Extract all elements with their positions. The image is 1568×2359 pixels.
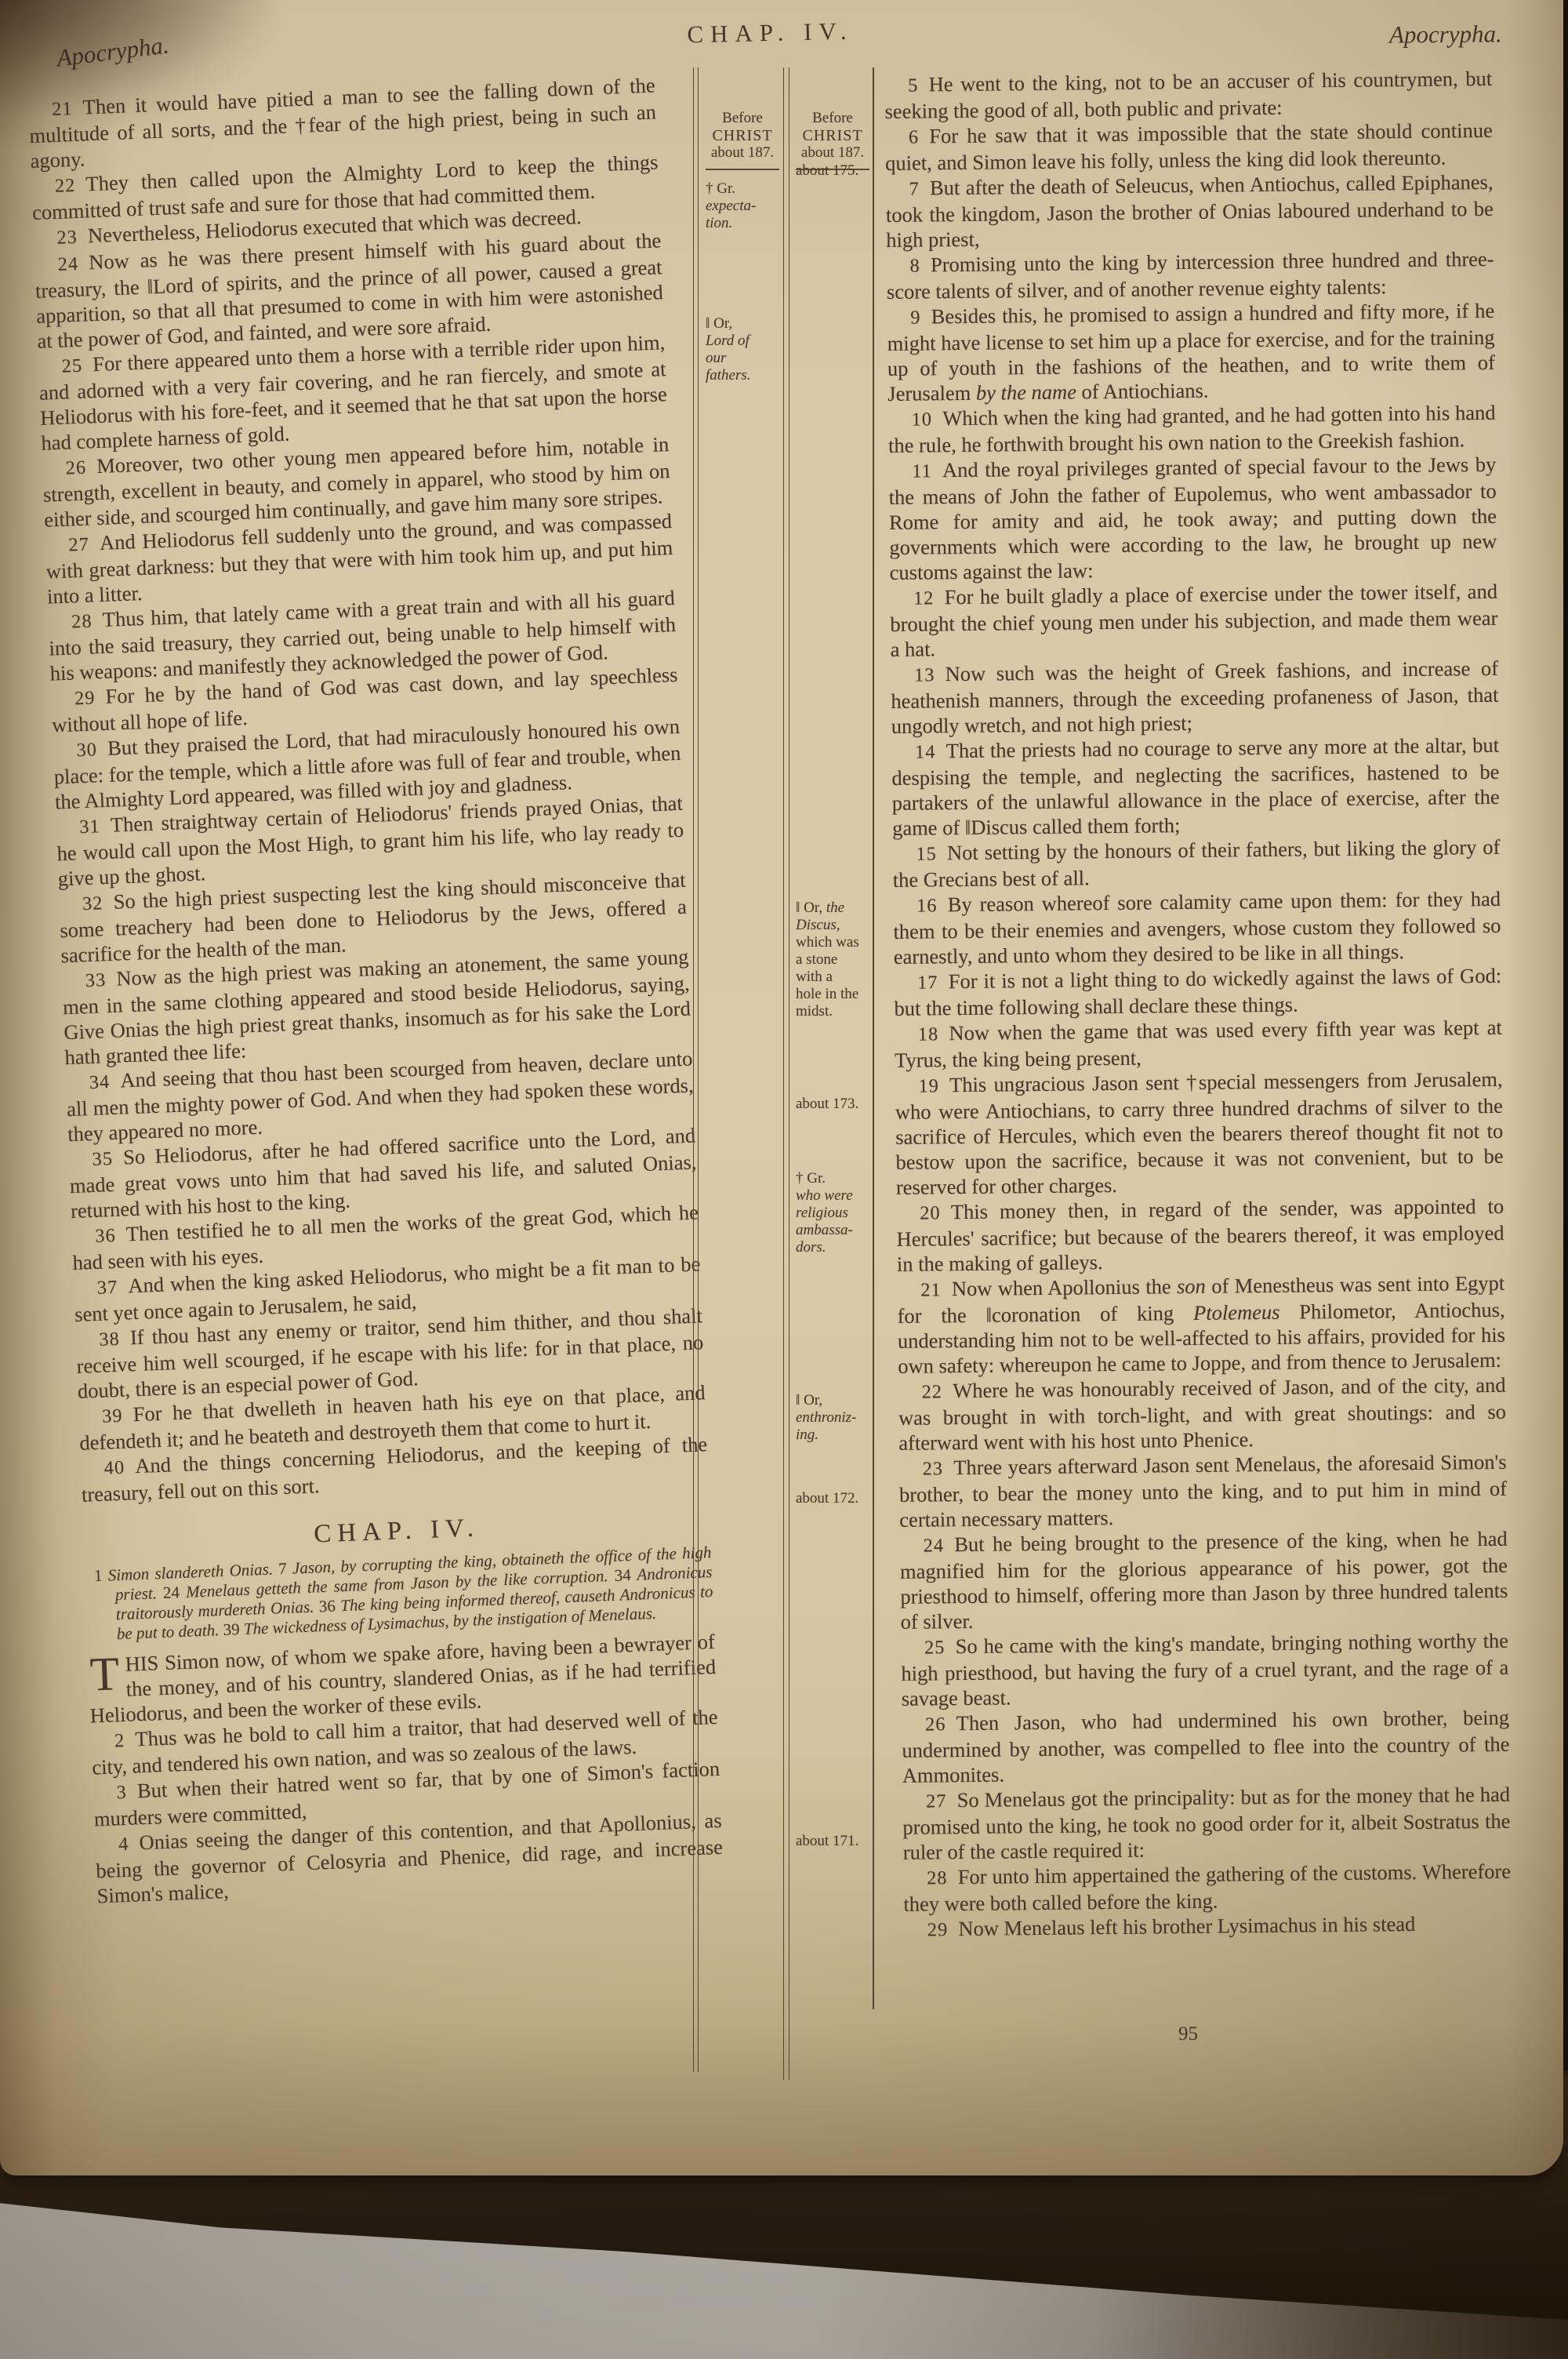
verse-8: 8 Promising unto the king by intercessio…: [886, 246, 1494, 304]
margin-note: † Gr.who werereligiousambassa-dors.: [796, 1170, 871, 1256]
verse-number: 40: [103, 1457, 125, 1479]
verse-number: 21: [920, 1279, 942, 1300]
verse-number: 26: [65, 457, 86, 479]
verse-number: 29: [74, 687, 96, 709]
verse-number: 5: [908, 75, 918, 96]
before-christ-header: Before CHRIST about 187.: [796, 110, 869, 170]
verse-number: 6: [909, 127, 919, 148]
verse-number: 23: [923, 1458, 944, 1479]
verse-number: 29: [927, 1919, 949, 1940]
margin-note: about 173.: [796, 1096, 871, 1113]
margin-note: ‖ Or,Lord ofourfathers.: [706, 315, 781, 384]
verse-15: 15 Not setting by the honours of their f…: [892, 834, 1501, 892]
verse-16: 16 By reason whereof sore calamity came …: [893, 886, 1501, 969]
verse-number: 35: [92, 1148, 113, 1170]
verse-17: 17 For it is not a light thing to do wic…: [894, 963, 1502, 1021]
margin-note: about 175.: [796, 162, 871, 180]
verse-23: 23 Three years afterward Jason sent Mene…: [898, 1449, 1507, 1532]
verse-number: 30: [76, 739, 97, 761]
running-head-right: Apocrypha.: [1389, 20, 1502, 49]
verse-14: 14 That the priests had no courage to se…: [891, 732, 1500, 841]
verse-number: 8: [909, 256, 920, 277]
margin-note: ‖ Or, theDiscus,which wasa stonewith aho…: [796, 900, 871, 1020]
before-christ-header: Before CHRIST about 187.: [706, 110, 779, 170]
before-label: Before: [706, 110, 779, 127]
verse-number: 21: [52, 98, 73, 120]
verse-number: 9: [910, 307, 920, 329]
verse-number: 11: [912, 460, 932, 482]
christ-label: CHRIST: [796, 127, 869, 144]
verse-number: 10: [912, 409, 933, 430]
verse-number: 4: [118, 1834, 129, 1855]
verse-22: 22 Where he was honourably received of J…: [898, 1372, 1506, 1456]
before-label: Before: [796, 110, 869, 127]
verse-number: 26: [925, 1714, 946, 1735]
verse-number: 24: [924, 1535, 945, 1556]
margin-note: † Gr.expecta-tion.: [706, 180, 781, 232]
verse-number: 24: [57, 253, 78, 275]
right-column: 5 He went to the king, not to be an accu…: [884, 66, 1512, 1943]
verse-24: 24 But he being brought to the presence …: [899, 1526, 1508, 1634]
date-label: about 187.: [706, 144, 779, 162]
margin-column-left: Before CHRIST about 187. † Gr.expecta-ti…: [706, 72, 781, 2080]
verse-10: 10 Which when the king had granted, and …: [887, 400, 1496, 458]
verse-number: 2: [114, 1730, 125, 1751]
page-number: 95: [884, 2023, 1492, 2045]
verse-number: 15: [916, 843, 937, 864]
verse-number: 32: [82, 892, 103, 914]
verse-11: 11 And the royal privileges granted of s…: [888, 452, 1497, 585]
verse-13: 13 Now such was the height of Greek fash…: [891, 656, 1499, 739]
verse-9: 9 Besides this, he promised to assign a …: [887, 298, 1495, 406]
verse-number: 13: [914, 664, 935, 685]
verse-27: 27 So Menelaus got the principality: but…: [902, 1782, 1511, 1865]
verse-number: 14: [915, 741, 936, 762]
verse-20: 20 This money then, in regard of the sen…: [896, 1194, 1504, 1277]
margin-column-right: Before CHRIST about 187. about 175.‖ Or,…: [796, 72, 871, 2080]
verse-21: 21 Now when Apollonius the son of Menest…: [897, 1270, 1505, 1379]
margin-note: ‖ Or,enthroniz-ing.: [796, 1392, 871, 1444]
christ-label: CHRIST: [706, 127, 779, 144]
verse-5: 5 He went to the king, not to be an accu…: [884, 66, 1493, 124]
chapter-summary: 1 Simon slandereth Onias. 7 Jason, by co…: [85, 1543, 714, 1645]
verse-26: 26 Then Jason, who had undermined his ow…: [902, 1705, 1510, 1788]
verse-number: 19: [918, 1075, 939, 1096]
verse-number: 38: [99, 1329, 120, 1350]
date-label: about 187.: [796, 144, 869, 162]
verse-number: 18: [918, 1023, 939, 1045]
verse-18: 18 Now when the game that was used every…: [895, 1015, 1503, 1073]
drop-cap: T: [88, 1652, 126, 1696]
verse-28: 28 For unto him appertained the gatherin…: [903, 1859, 1512, 1917]
verse-6: 6 For he saw that it was impossible that…: [885, 118, 1494, 176]
verse-number: 31: [79, 816, 100, 838]
column-rule-center: [783, 67, 789, 2080]
verse-number: 23: [56, 227, 78, 249]
verse-number: 22: [921, 1381, 942, 1402]
verse-25: 25 So he came with the king's mandate, b…: [901, 1628, 1509, 1711]
verse-12: 12 For he built gladly a place of exerci…: [890, 579, 1498, 662]
verse-number: 25: [924, 1637, 946, 1658]
verse-19: 19 This ungracious Jason sent †special m…: [895, 1067, 1504, 1200]
verse-number: 17: [917, 972, 938, 993]
left-column: 21 Then it would have pitied a man to se…: [28, 72, 724, 1908]
verse-number: 12: [913, 587, 935, 609]
book-photo: Apocrypha. CHAP. IV. Apocrypha. 21 Then …: [0, 0, 1568, 2359]
verse-number: 36: [95, 1225, 116, 1247]
verse-number: 7: [909, 179, 919, 200]
verse-number: 28: [71, 611, 93, 633]
verse-number: 34: [89, 1071, 110, 1093]
verse-number: 27: [68, 534, 89, 556]
verse-number: 20: [920, 1202, 941, 1223]
column-rule-right: [873, 67, 874, 2009]
verse-29: 29 Now Menelaus left his brother Lysimac…: [904, 1910, 1512, 1943]
verse-number: 28: [927, 1867, 948, 1888]
verse-number: 39: [102, 1405, 123, 1427]
verse-7: 7 But after the death of Seleucus, when …: [885, 169, 1494, 253]
verse-number: 33: [85, 969, 106, 991]
verse-number: 22: [54, 175, 75, 197]
verse-number: 16: [916, 895, 938, 916]
verse-number: 25: [61, 355, 82, 377]
running-head-center: CHAP. IV.: [47, 2, 1494, 64]
verse-number: 27: [926, 1790, 947, 1812]
verse-number: 37: [96, 1277, 118, 1299]
verse-number: 3: [116, 1782, 127, 1803]
column-rule-left: [693, 67, 699, 2072]
page: Apocrypha. CHAP. IV. Apocrypha. 21 Then …: [0, 0, 1563, 2175]
margin-note: about 171.: [796, 1833, 871, 1850]
margin-note: about 172.: [796, 1490, 871, 1507]
